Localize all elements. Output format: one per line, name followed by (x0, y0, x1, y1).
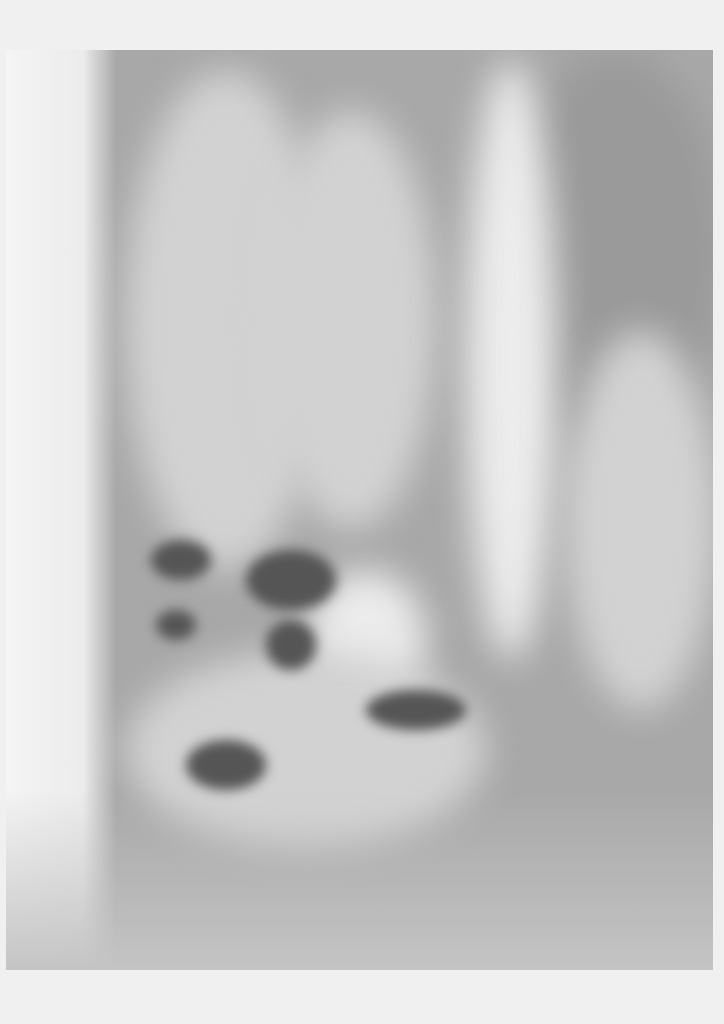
terrain-patch (151, 540, 211, 580)
terrain-patch (266, 620, 316, 670)
terrain-patch (246, 550, 336, 610)
cloud-band (566, 330, 713, 710)
terrain-patch (186, 740, 266, 790)
terrain-patch (366, 690, 466, 730)
terrain-patch (156, 610, 196, 640)
aerial-cloud-photo (6, 50, 713, 970)
haze (6, 790, 713, 970)
cloud-streak (466, 60, 556, 660)
cloud-band (266, 110, 436, 530)
